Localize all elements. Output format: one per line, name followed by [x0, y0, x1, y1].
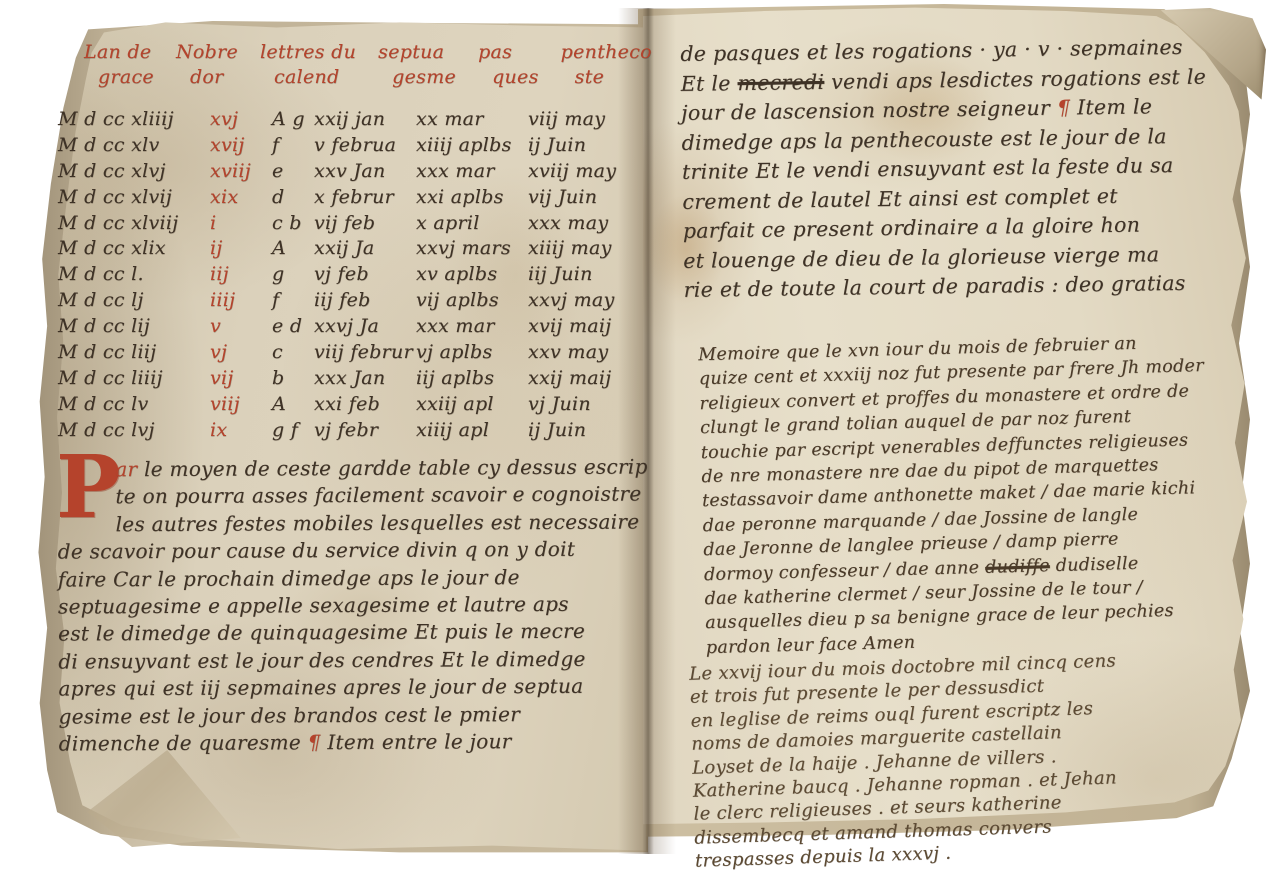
table-row: M d cc lj iiij f iij feb vij aplbs xxvj … — [58, 289, 616, 315]
year-cell: M d cc liij — [58, 341, 210, 363]
year-cell: M d cc xlv — [58, 134, 210, 156]
text-segment: faire Car le prochain dimedge aps le jou… — [58, 565, 520, 591]
easter-calendar-table: M d cc xliiij xvj A g xxij jan xx mar vi… — [58, 108, 616, 445]
manuscript-line: de scavoir pour cause du service divin q… — [58, 536, 646, 566]
manuscript-line: septuagesime e appelle sexagesime et lau… — [58, 590, 646, 620]
capitulum-mark: ¶ — [1057, 95, 1071, 119]
table-row: M d cc l. iij g vj feb xv aplbs iij Juin — [58, 263, 616, 289]
easter-cell: xxvj mars — [416, 237, 528, 259]
capitulum-mark: ar — [115, 457, 144, 481]
year-cell: M d cc lv — [58, 393, 210, 415]
pentecost-cell: vj Juin — [528, 393, 616, 415]
header-line1: pentheco — [561, 40, 652, 65]
header-line2: grace — [84, 65, 154, 90]
table-row: M d cc lij v e d xxvj Ja xxx mar xvij ma… — [58, 315, 616, 341]
header-column: septua gesme — [378, 40, 456, 90]
text-segment: le moyen de ceste gardde table cy dessus… — [144, 454, 648, 481]
table-row: M d cc xlviij i c b vij feb x april xxx … — [58, 212, 616, 238]
text-segment: dudiselle — [1050, 553, 1139, 575]
header-line1: septua — [378, 40, 456, 65]
text-segment: crement de lautel Et ainsi est complet e… — [682, 183, 1118, 213]
golden-number-cell: xviij — [210, 160, 272, 182]
dog-ear-corner — [84, 748, 244, 848]
easter-cell: xv aplbs — [416, 263, 528, 285]
dominical-letter-cell: f — [272, 134, 314, 156]
dominical-letter-cell: A — [272, 393, 314, 415]
table-row: M d cc xlvj xviij e xxv Jan xxx mar xvii… — [58, 160, 616, 186]
year-cell: M d cc xlvj — [58, 160, 210, 182]
manuscript-line: dimenche de quaresme ¶ Item entre le jou… — [59, 728, 647, 758]
text-segment: est le dimedge de quinquagesime Et puis … — [58, 619, 585, 646]
year-cell: M d cc xlvij — [58, 186, 210, 208]
golden-number-cell: ix — [210, 419, 272, 441]
septuagesima-cell: xxij jan — [314, 108, 416, 130]
table-row: M d cc xlvij xix d x februr xxi aplbs vi… — [58, 186, 616, 212]
easter-cell: xx mar — [416, 108, 528, 130]
manuscript-line: faire Car le prochain dimedge aps le jou… — [58, 563, 646, 593]
text-segment: Item entre le jour — [321, 729, 512, 754]
pentecost-cell: vij Juin — [528, 186, 616, 208]
manuscript-line: gesime est le jour des brandos cest le p… — [59, 700, 647, 730]
golden-number-cell: iij — [210, 263, 272, 285]
pentecost-cell: ij Juin — [528, 134, 616, 156]
header-column: pentheco ste — [561, 40, 652, 90]
text-segment: dimenche de quaresme — [59, 730, 308, 755]
easter-cell: vj aplbs — [416, 341, 528, 363]
manuscript-line: ar le moyen de ceste gardde table cy des… — [57, 453, 645, 483]
golden-number-cell: xvij — [210, 134, 272, 156]
text-segment: et louenge de dieu de la glorieuse vierg… — [683, 242, 1159, 273]
year-cell: M d cc liiij — [58, 367, 210, 389]
pentecost-cell: xviij may — [528, 160, 616, 182]
text-segment: les autres festes mobiles lesquelles est… — [116, 509, 640, 536]
golden-number-cell: xix — [210, 186, 272, 208]
golden-number-cell: ij — [210, 237, 272, 259]
text-segment: gesime est le jour des brandos cest le p… — [59, 702, 521, 728]
pentecost-cell: xxv may — [528, 341, 616, 363]
header-column: pas ques — [478, 40, 539, 90]
pentecost-cell: ij Juin — [528, 419, 616, 441]
header-line2: calend — [260, 65, 356, 90]
header-line2: gesme — [378, 65, 456, 90]
right-page-paragraph-memoire: Memoire que le xvn iour du mois de febru… — [698, 329, 1258, 661]
year-cell: M d cc l. — [58, 263, 210, 285]
calendar-table-header: Lan de grace Nobre dor lettres du calend… — [84, 40, 674, 90]
dominical-letter-cell: A — [272, 237, 314, 259]
manuscript-line: te on pourra asses facilement scavoir e … — [57, 481, 645, 511]
struck-text: dudiffe — [985, 556, 1050, 578]
text-segment: dimedge aps la penthecouste est le jour … — [681, 124, 1166, 155]
text-segment: rie et de toute la court de paradis : de… — [683, 271, 1185, 302]
year-cell: M d cc xlviij — [58, 212, 210, 234]
text-segment: de pasques et les rogations · ya · v · s… — [680, 35, 1183, 66]
golden-number-cell: vij — [210, 367, 272, 389]
text-segment: di ensuyvant est le jour des cendres Et … — [58, 647, 585, 674]
text-segment: trinite Et le vendi ensuyvant est la fes… — [682, 153, 1174, 184]
pentecost-cell: xiiij may — [528, 237, 616, 259]
golden-number-cell: viij — [210, 393, 272, 415]
easter-cell: xxx mar — [416, 315, 528, 337]
septuagesima-cell: x februr — [314, 186, 416, 208]
struck-text: mecredi — [737, 69, 824, 94]
dominical-letter-cell: g — [272, 263, 314, 285]
header-line1: lettres du — [260, 40, 356, 65]
septuagesima-cell: v februa — [314, 134, 416, 156]
dominical-letter-cell: f — [272, 289, 314, 311]
septuagesima-cell: xxvj Ja — [314, 315, 416, 337]
septuagesima-cell: xxx Jan — [314, 367, 416, 389]
text-segment: septuagesime e appelle sexagesime et lau… — [58, 592, 569, 619]
easter-cell: xiiij aplbs — [416, 134, 528, 156]
manuscript-book-spread: Lan de grace Nobre dor lettres du calend… — [26, 4, 1250, 856]
text-segment: jour de lascension nostre seigneur — [681, 96, 1057, 125]
text-segment: pardon leur face Amen — [706, 633, 916, 658]
septuagesima-cell: vij feb — [314, 212, 416, 234]
dominical-letter-cell: c b — [272, 212, 314, 234]
capitulum-mark: ¶ — [308, 730, 321, 754]
year-cell: M d cc xlix — [58, 237, 210, 259]
septuagesima-cell: iij feb — [314, 289, 416, 311]
header-line2: dor — [176, 65, 238, 90]
easter-cell: xiiij apl — [416, 419, 528, 441]
header-line2: ste — [561, 65, 652, 90]
header-line1: Lan de — [84, 40, 154, 65]
manuscript-line: di ensuyvant est le jour des cendres Et … — [58, 645, 646, 675]
header-column: Lan de grace — [84, 40, 154, 90]
golden-number-cell: iiij — [210, 289, 272, 311]
pentecost-cell: viij may — [528, 108, 616, 130]
pentecost-cell: xxij maij — [528, 367, 616, 389]
dominical-letter-cell: c — [272, 341, 314, 363]
easter-cell: x april — [416, 212, 528, 234]
golden-number-cell: v — [210, 315, 272, 337]
dominical-letter-cell: d — [272, 186, 314, 208]
golden-number-cell: i — [210, 212, 272, 234]
header-column: Nobre dor — [176, 40, 238, 90]
septuagesima-cell: vj feb — [314, 263, 416, 285]
golden-number-cell: vj — [210, 341, 272, 363]
table-row: M d cc xlix ij A xxij Ja xxvj mars xiiij… — [58, 237, 616, 263]
pentecost-cell: xxx may — [528, 212, 616, 234]
table-row: M d cc liij vj c viij februr vj aplbs xx… — [58, 341, 616, 367]
table-row: M d cc xlv xvij f v februa xiiij aplbs i… — [58, 134, 616, 160]
text-segment: te on pourra asses facilement scavoir e … — [115, 482, 641, 509]
pentecost-cell: xxvj may — [528, 289, 616, 311]
septuagesima-cell: vj febr — [314, 419, 416, 441]
manuscript-line: apres qui est iij sepmaines apres le jou… — [58, 673, 646, 703]
left-page-paragraph: ar le moyen de ceste gardde table cy des… — [57, 453, 647, 758]
pentecost-cell: xvij maij — [528, 315, 616, 337]
dominical-letter-cell: g f — [272, 419, 314, 441]
text-segment: apres qui est iij sepmaines apres le jou… — [58, 674, 583, 701]
manuscript-line: les autres festes mobiles lesquelles est… — [58, 508, 646, 538]
easter-cell: xxi aplbs — [416, 186, 528, 208]
septuagesima-cell: xxv Jan — [314, 160, 416, 182]
text-segment: de scavoir pour cause du service divin q… — [58, 537, 576, 564]
right-page-paragraph-october: Le xxvij iour du mois doctobre mil cincq… — [689, 645, 1251, 860]
text-segment: vendi aps lesdictes rogations est le — [824, 64, 1206, 93]
manuscript-line: est le dimedge de quinquagesime Et puis … — [58, 618, 646, 648]
header-line1: pas — [478, 40, 539, 65]
dominical-letter-cell: b — [272, 367, 314, 389]
dominical-letter-cell: e d — [272, 315, 314, 337]
header-line2: ques — [478, 65, 539, 90]
header-column: lettres du calend — [260, 40, 356, 90]
year-cell: M d cc lj — [58, 289, 210, 311]
dominical-letter-cell: e — [272, 160, 314, 182]
easter-cell: xxiij apl — [416, 393, 528, 415]
easter-cell: vij aplbs — [416, 289, 528, 311]
easter-cell: xxx mar — [416, 160, 528, 182]
text-segment: parfait ce present ordinaire a la gloire… — [683, 213, 1141, 243]
easter-cell: iij aplbs — [416, 367, 528, 389]
golden-number-cell: xvj — [210, 108, 272, 130]
septuagesima-cell: viij februr — [314, 341, 416, 363]
header-line1: Nobre — [176, 40, 238, 65]
text-segment: Item le — [1070, 94, 1152, 119]
septuagesima-cell: xxi feb — [314, 393, 416, 415]
dominical-letter-cell: A g — [272, 108, 314, 130]
text-segment: Et le — [681, 71, 738, 96]
pentecost-cell: iij Juin — [528, 263, 616, 285]
table-row: M d cc xliiij xvj A g xxij jan xx mar vi… — [58, 108, 616, 134]
year-cell: M d cc lij — [58, 315, 210, 337]
table-row: M d cc liiij vij b xxx Jan iij aplbs xxi… — [58, 367, 616, 393]
table-row: M d cc lvj ix g f vj febr xiiij apl ij J… — [58, 419, 616, 445]
table-row: M d cc lv viij A xxi feb xxiij apl vj Ju… — [58, 393, 616, 419]
year-cell: M d cc xliiij — [58, 108, 210, 130]
septuagesima-cell: xxij Ja — [314, 237, 416, 259]
right-page-paragraph-ordinary: de pasques et les rogations · ya · v · s… — [680, 32, 1244, 305]
